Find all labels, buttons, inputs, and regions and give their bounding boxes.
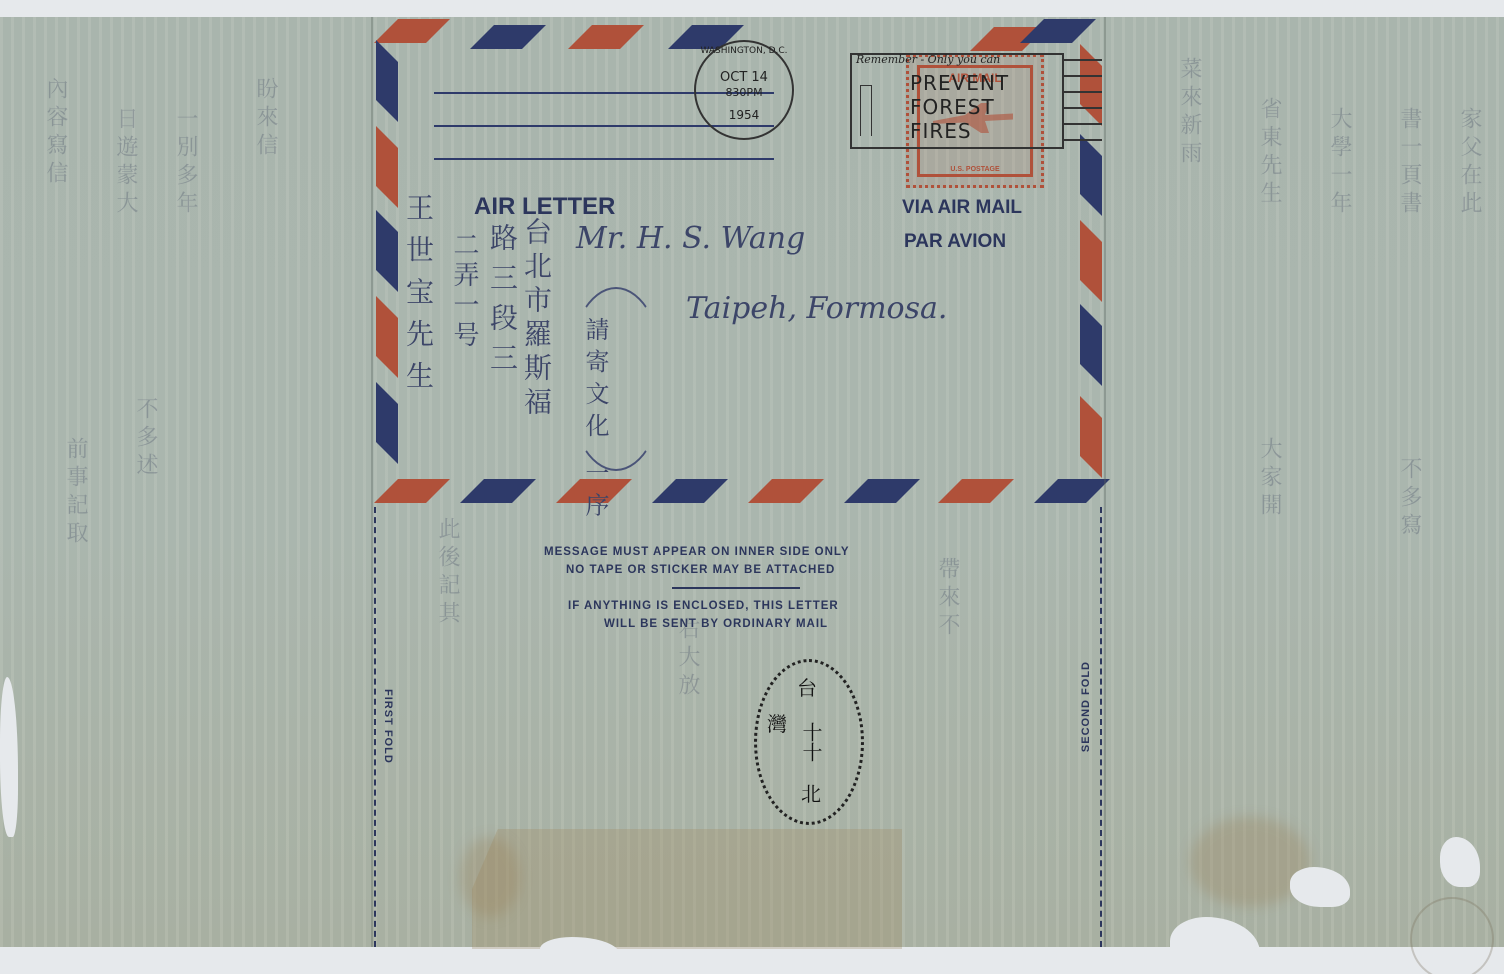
arrival-stamp-char: 十十 [797, 722, 826, 762]
slogan-cancellation: Remember - Only you can PREVENT FOREST F… [850, 53, 1064, 149]
water-stain [460, 837, 520, 917]
airmail-stripe-blue [460, 479, 536, 503]
postmark-date: OCT 14 [696, 70, 792, 85]
airmail-stripe-blue [376, 40, 398, 122]
airmail-stripe-blue [376, 382, 398, 464]
faint-handwriting: 不多寫 [1394, 457, 1425, 541]
faint-handwriting: 書一頁書 [1394, 107, 1425, 219]
airmail-stripe-red [1080, 220, 1102, 302]
via-air-mail-label: VIA AIR MAIL [902, 197, 1022, 219]
airmail-stripe-blue [376, 210, 398, 292]
notice-divider [672, 587, 800, 589]
arrival-stamp-char: 北 [801, 778, 821, 807]
airmail-stripe-red [376, 126, 398, 208]
postmark: WASHINGTON, D.C. OCT 14 830PM 1954 [694, 40, 794, 140]
second-fold-label: SECOND FOLD [1080, 661, 1092, 752]
faint-handwriting: 內容寫信 [40, 77, 71, 189]
postmark-time: 830PM [696, 86, 792, 99]
address-face: WASHINGTON, D.C. OCT 14 830PM 1954 AIR M… [372, 17, 1104, 947]
faint-handwriting: 菜來新雨 [1174, 57, 1205, 169]
faint-handwriting: 前事記取 [60, 437, 91, 549]
airmail-stripe-red [568, 25, 644, 49]
archive-seal [1410, 897, 1494, 974]
air-letter-sheet: 內容寫信 日遊蒙大 一別多年 盼來信 前事記取 不多述 [0, 17, 1504, 947]
airmail-stripe-blue [470, 25, 546, 49]
notice-line-1: MESSAGE MUST APPEAR ON INNER SIDE ONLY [544, 546, 850, 558]
airmail-stripe-red [374, 479, 450, 503]
notice-line-3: IF ANYTHING IS ENCLOSED, THIS LETTER [568, 600, 839, 612]
cancellation-bars [1062, 59, 1102, 155]
circled-note-text: 請寄文化 一序 [578, 317, 613, 467]
airmail-stripe-red [938, 479, 1014, 503]
faint-handwriting: 帶來不 [932, 557, 963, 641]
cancellation-reminder: Remember - Only you can [856, 53, 1000, 66]
faint-handwriting: 大學一年 [1324, 107, 1355, 219]
tape-residue [472, 829, 902, 949]
airmail-stripe-blue [1020, 19, 1096, 43]
faint-handwriting: 省東先生 [1254, 97, 1285, 209]
faint-handwriting: 右大放 [672, 617, 703, 701]
first-fold-line [374, 507, 378, 947]
faint-handwriting: 家父在此 [1454, 107, 1485, 219]
postmark-city: WASHINGTON, D.C. [696, 46, 792, 56]
faint-handwriting: 不多述 [130, 397, 161, 481]
cancellation-tower-icon [860, 85, 872, 136]
arrival-stamp-char: 灣 [767, 708, 787, 737]
postmark-year: 1954 [696, 108, 792, 122]
airmail-stripe-blue [844, 479, 920, 503]
airmail-stripe-red [1080, 396, 1102, 478]
airmail-stripe-blue [1080, 304, 1102, 386]
right-panel: 菜來新雨 省東先生 大學一年 書一頁書 家父在此 大家開 不多寫 [1104, 17, 1504, 947]
recipient-name-chinese: 王世宝先生 [398, 193, 438, 403]
par-avion-label: PAR AVION [904, 231, 1006, 253]
airmail-stripe-blue [652, 479, 728, 503]
recipient-name-latin: Mr. H. S. Wang [576, 221, 805, 256]
arrival-postmark: 台 灣 十十 北 [754, 659, 864, 825]
airmail-stripe-red [374, 19, 450, 43]
address-chinese-col1: 台北市羅斯福 [516, 217, 556, 421]
faint-handwriting: 大家開 [1254, 437, 1285, 521]
return-address-line [434, 158, 774, 160]
stamp-bottom-label: U.S. POSTAGE [909, 166, 1041, 173]
slogan-line-2: FOREST FIRES [910, 95, 1062, 143]
airmail-stripe-red [748, 479, 824, 503]
faint-handwriting: 日遊蒙大 [110, 107, 141, 219]
arrival-stamp-char: 台 [797, 672, 817, 701]
recipient-city-latin: Taipeh, Formosa. [686, 291, 947, 326]
slogan-line-1: PREVENT [910, 71, 1062, 95]
notice-line-4: WILL BE SENT BY ORDINARY MAIL [604, 618, 828, 630]
airmail-stripe-blue [1034, 479, 1110, 503]
cancellation-slogan: PREVENT FOREST FIRES [910, 71, 1062, 143]
airmail-stripe-red [376, 296, 398, 378]
first-fold-label: FIRST FOLD [382, 689, 394, 764]
faint-handwriting: 此後記其 [432, 517, 463, 629]
faint-handwriting: 盼來信 [250, 77, 281, 161]
address-chinese-col3: 二弄一号 [446, 231, 483, 351]
left-panel: 內容寫信 日遊蒙大 一別多年 盼來信 前事記取 不多述 [0, 17, 372, 947]
notice-line-2: NO TAPE OR STICKER MAY BE ATTACHED [566, 564, 835, 576]
faint-handwriting: 一別多年 [170, 107, 201, 219]
